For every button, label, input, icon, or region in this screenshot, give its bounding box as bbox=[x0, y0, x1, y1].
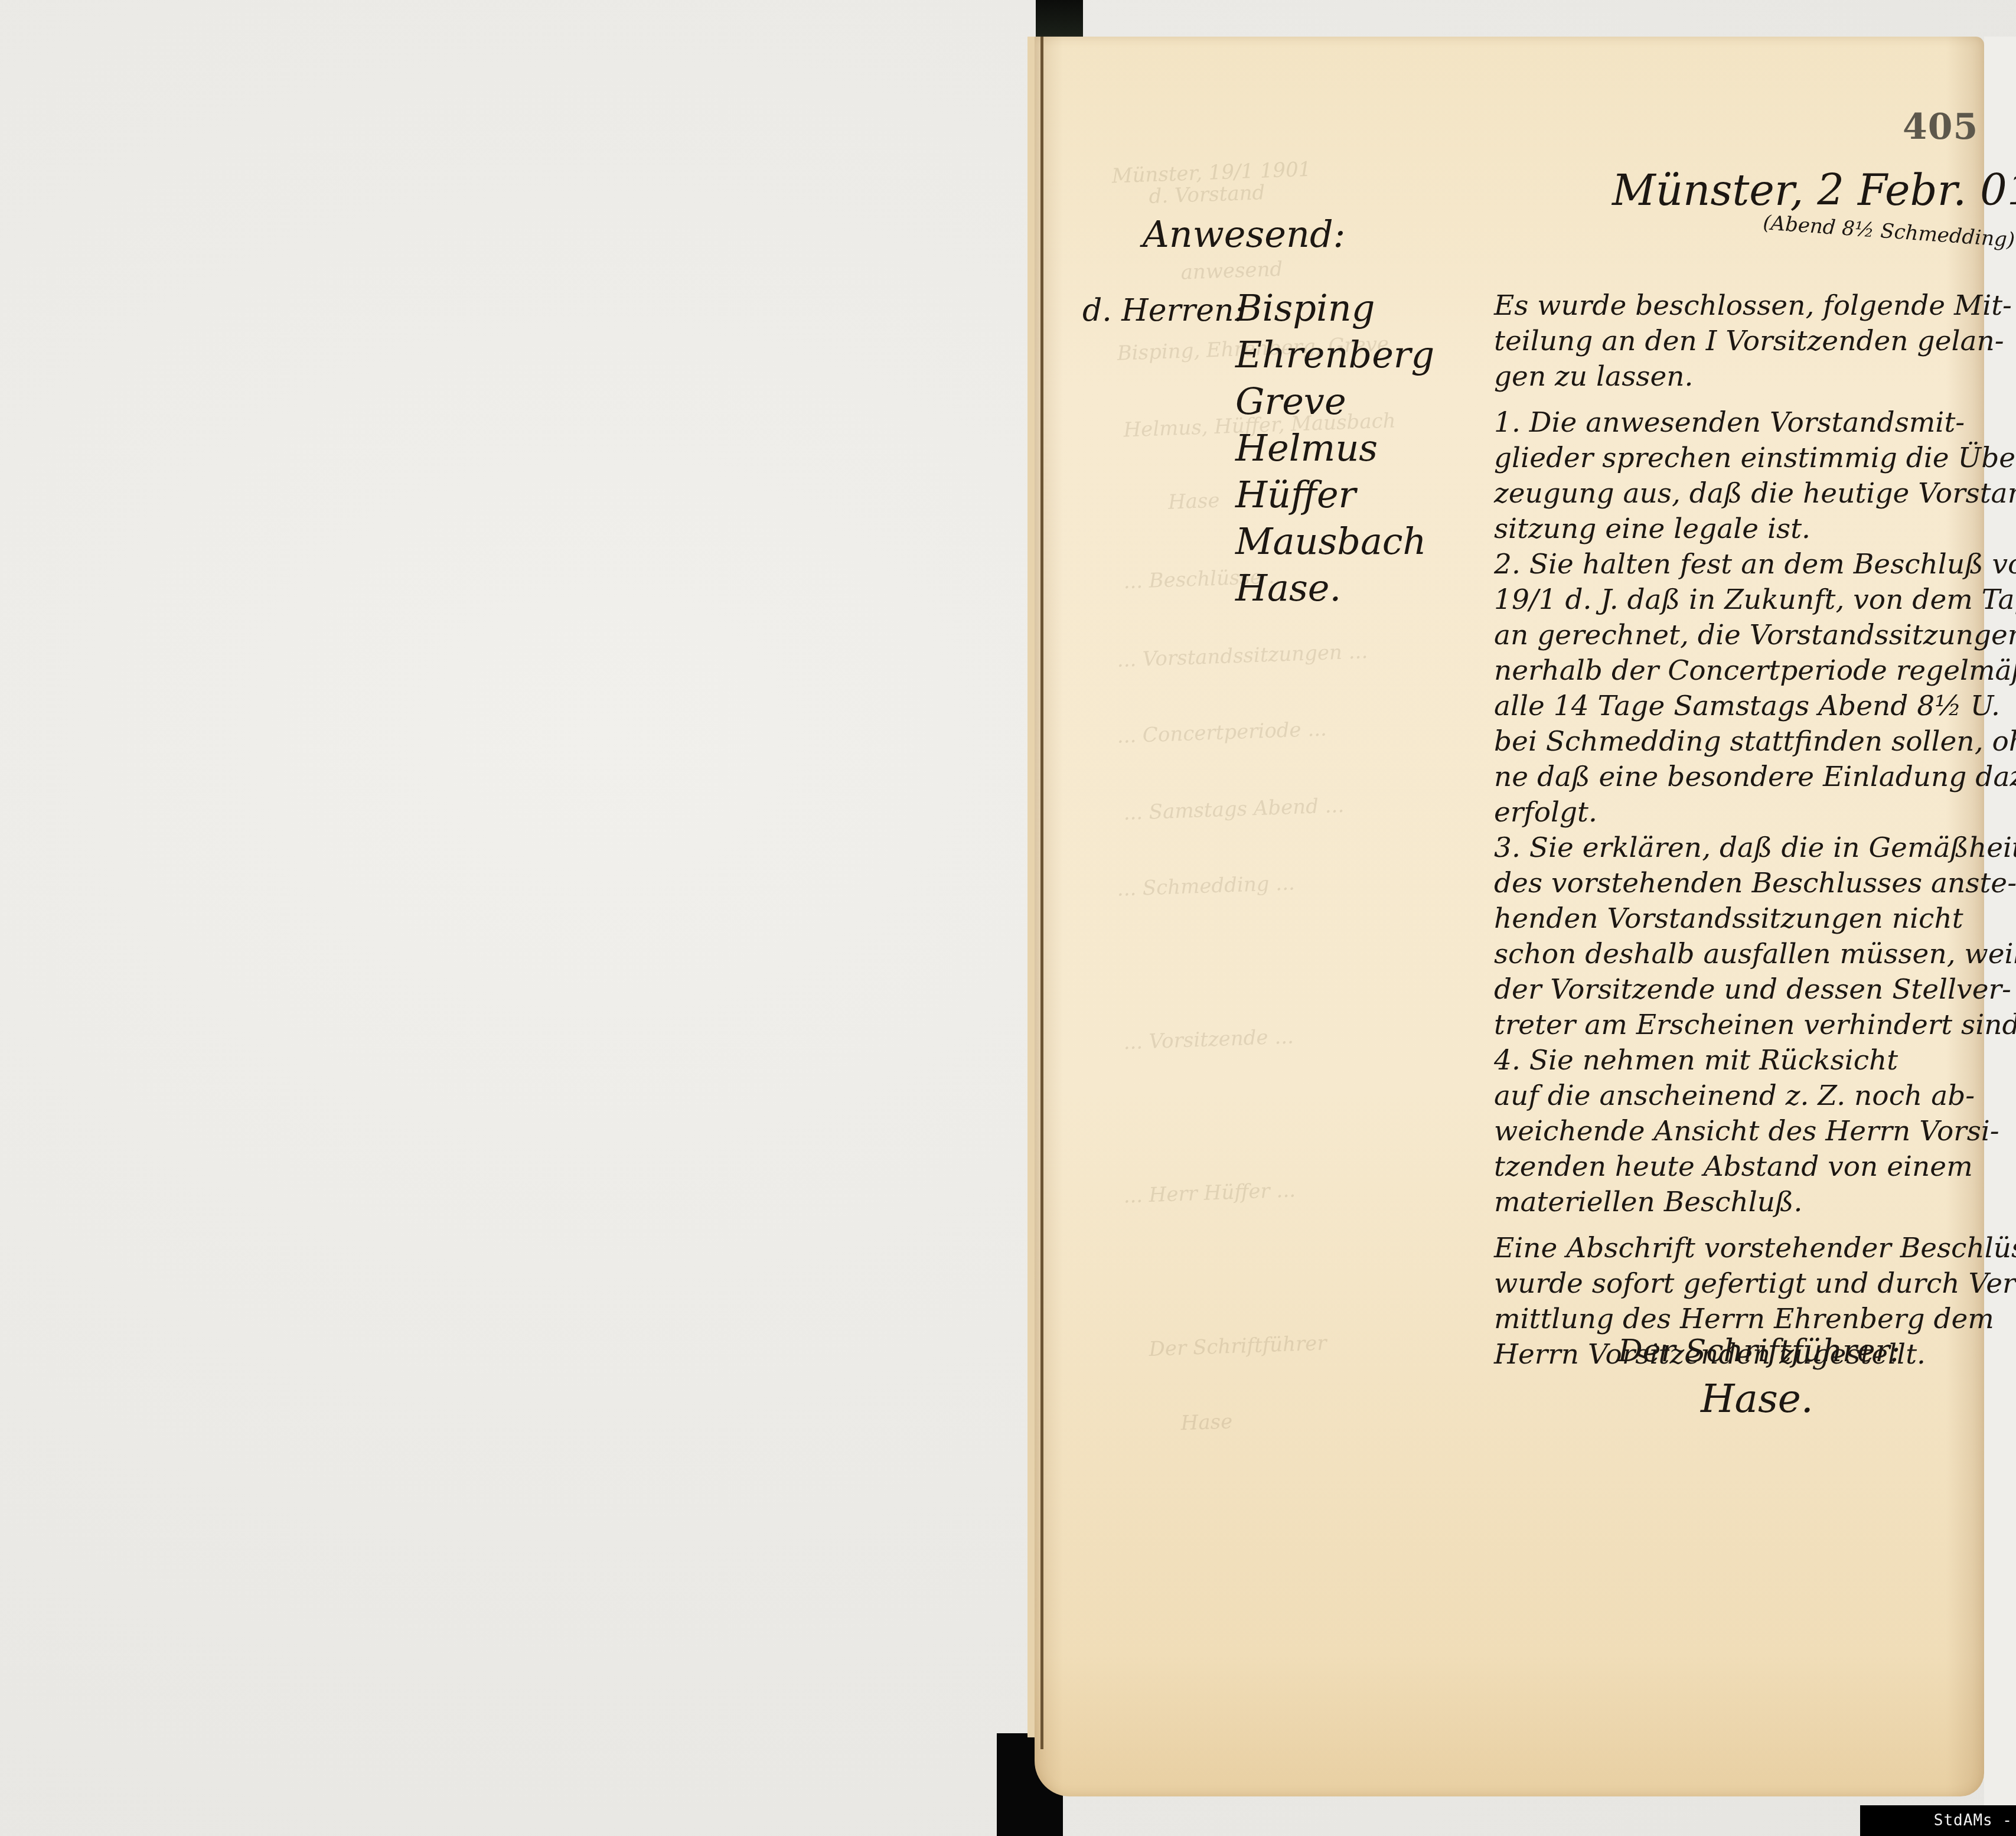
resolution-2-line: bei Schmedding stattfinden sollen, oh- bbox=[1494, 724, 1990, 759]
attendance-label: Anwesend: bbox=[1143, 213, 1345, 256]
resolution-3-line: henden Vorstandssitzungen nicht bbox=[1494, 901, 1990, 937]
minutes-body: Es wurde beschlossen, folgende Mit- teil… bbox=[1494, 288, 1990, 1372]
body-line: teilung an den I Vorsitzenden gelan- bbox=[1494, 324, 1990, 359]
bleed-through-line: Hase bbox=[1104, 1403, 1233, 1444]
bleed-through-line: Der Schriftführer bbox=[1104, 1325, 1327, 1369]
bleed-through-line: ... Concertperiode ... bbox=[1104, 710, 1327, 755]
attendee-name: Helmus bbox=[1235, 425, 1434, 471]
resolution-4-line: materiellen Beschluß. bbox=[1494, 1185, 1990, 1220]
paragraph-gap bbox=[1494, 394, 1990, 405]
resolution-1-line: 1. Die anwesenden Vorstandsmit- bbox=[1494, 405, 1990, 441]
attendee-name: Ehrenberg bbox=[1235, 331, 1434, 378]
attendee-list: Bisping Ehrenberg Greve Helmus Hüffer Ma… bbox=[1235, 285, 1434, 611]
resolution-3-line: treter am Erscheinen verhindert sind. bbox=[1494, 1007, 1990, 1043]
signature-name: Hase. bbox=[1701, 1376, 1813, 1421]
bleed-through-line: ... Vorsitzende ... bbox=[1104, 1018, 1294, 1061]
resolution-4-line: weichende Ansicht des Herrn Vorsi- bbox=[1494, 1114, 1990, 1149]
closing-line: Eine Abschrift vorstehender Beschlüsse bbox=[1494, 1231, 1990, 1266]
resolution-4-line: 4. Sie nehmen mit Rücksicht bbox=[1494, 1043, 1990, 1078]
body-line: Es wurde beschlossen, folgende Mit- bbox=[1494, 288, 1990, 324]
resolution-2-line: 2. Sie halten fest an dem Beschluß vom bbox=[1494, 547, 1990, 582]
bleed-through-line: Hase bbox=[1104, 482, 1221, 523]
resolution-4-line: tzenden heute Abstand von einem bbox=[1494, 1149, 1990, 1185]
attendee-name: Greve bbox=[1235, 378, 1434, 425]
resolution-3-line: schon deshalb ausfallen müssen, weil bbox=[1494, 937, 1990, 972]
resolution-4-line: auf die anscheinend z. Z. noch ab- bbox=[1494, 1078, 1990, 1114]
place-date-heading: Münster, 2 Febr. 01. bbox=[1612, 165, 2016, 215]
attendee-name: Hüffer bbox=[1235, 471, 1434, 518]
closing-line: wurde sofort gefertigt und durch Ver- bbox=[1494, 1266, 1990, 1302]
page-number: 405 bbox=[1903, 106, 1978, 148]
resolution-2-line: erfolgt. bbox=[1494, 795, 1990, 830]
body-line: gen zu lassen. bbox=[1494, 359, 1990, 394]
page-gutter-line bbox=[1040, 37, 1043, 1749]
archive-reference-label: StdAMs - MV_004_665 bbox=[1860, 1805, 2016, 1836]
signature-label: Der Schriftführer: bbox=[1618, 1333, 1900, 1369]
resolution-3-line: des vorstehenden Beschlusses anste- bbox=[1494, 866, 1990, 901]
closing-line: mittlung des Herrn Ehrenberg dem bbox=[1494, 1302, 1990, 1337]
attendance-prefix: d. Herren: bbox=[1082, 293, 1244, 328]
resolution-3-line: 3. Sie erklären, daß die in Gemäßheit bbox=[1494, 830, 1990, 866]
attendee-name: Hase. bbox=[1235, 565, 1434, 611]
resolution-2-line: alle 14 Tage Samstags Abend 8½ U. bbox=[1494, 689, 1990, 724]
resolution-3-line: der Vorsitzende und dessen Stellver- bbox=[1494, 972, 1990, 1007]
resolution-2-line: ne daß eine besondere Einladung dazu bbox=[1494, 759, 1990, 795]
attendee-name: Bisping bbox=[1235, 285, 1434, 331]
resolution-1-line: sitzung eine legale ist. bbox=[1494, 511, 1990, 547]
bleed-through-line: ... Herr Hüffer ... bbox=[1104, 1172, 1296, 1215]
bleed-through-line: d. Vorstand bbox=[1104, 174, 1265, 216]
resolution-1-line: zeugung aus, daß die heutige Vorstands- bbox=[1494, 476, 1990, 511]
attendee-name: Mausbach bbox=[1235, 518, 1434, 565]
resolution-2-line: 19/1 d. J. daß in Zukunft, von dem Tage bbox=[1494, 582, 1990, 618]
paragraph-gap bbox=[1494, 1220, 1990, 1231]
resolution-1-line: glieder sprechen einstimmig die Über- bbox=[1494, 441, 1990, 476]
resolution-2-line: an gerechnet, die Vorstandssitzungen in- bbox=[1494, 618, 1990, 653]
bleed-through-line: ... Schmedding ... bbox=[1104, 865, 1296, 908]
resolution-2-line: nerhalb der Concertperiode regelmäßig bbox=[1494, 653, 1990, 689]
